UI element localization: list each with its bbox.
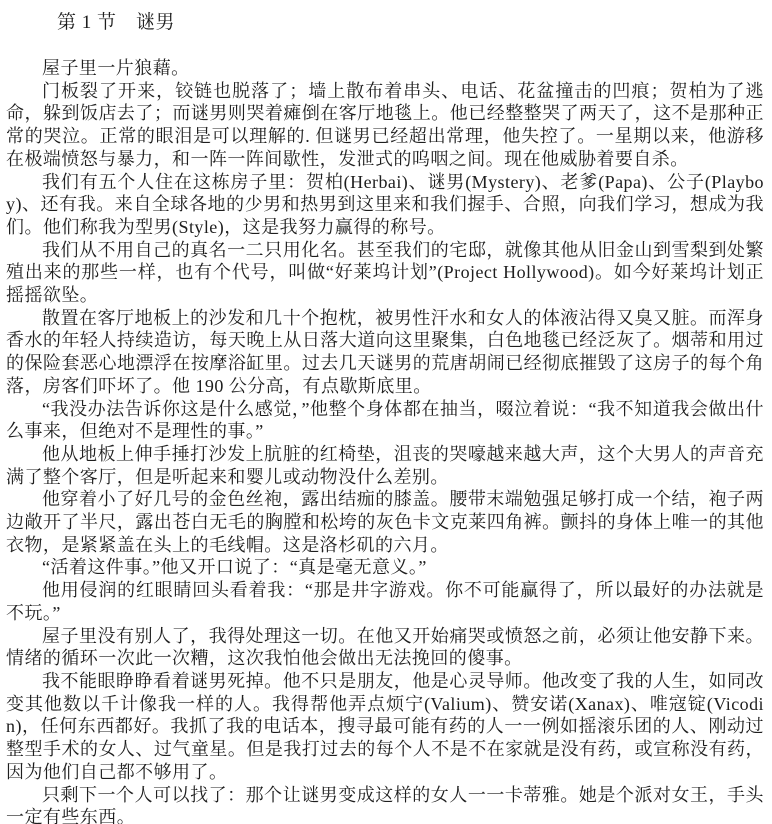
- paragraph: 我们从不用自己的真名一二只用化名。甚至我们的宅邸，就像其他从旧金山到雪梨到处繁殖…: [6, 239, 764, 307]
- document-page: 第 1 节 谜男 屋子里一片狼藉。 门板裂了开来，铰链也脱落了；墙上散布着串头、…: [0, 0, 772, 824]
- paragraph: 我们有五个人住在这栋房子里：贺柏(Herbai)、谜男(Mystery)、老爹(…: [6, 171, 764, 239]
- paragraph: “我没办法告诉你这是什么感觉，”他整个身体都在抽当，啜泣着说：“我不知道我会做出…: [6, 398, 764, 443]
- paragraph: 屋子里一片狼藉。: [6, 57, 764, 80]
- paragraph: 只剩下一个人可以找了：那个让谜男变成这样的女人一一卡蒂雅。她是个派对女王，手头一…: [6, 784, 764, 824]
- paragraph: 门板裂了开来，铰链也脱落了；墙上散布着串头、电话、花盆撞击的凹痕；贺柏为了逃命，…: [6, 80, 764, 171]
- paragraph: 我不能眼睁睁看着谜男死掉。他不只是朋友，他是心灵导师。他改变了我的人生，如同改变…: [6, 670, 764, 784]
- paragraph: 他穿着小了好几号的金色丝袍，露出结痂的膝盖。腰带末端勉强足够打成一个结，袍子两边…: [6, 488, 764, 556]
- paragraph: 他用侵润的红眼睛回头看着我：“那是井字游戏。你不可能赢得了，所以最好的办法就是不…: [6, 579, 764, 624]
- paragraph: 散置在客厅地板上的沙发和几十个抱枕，被男性汗水和女人的体液沾得又臭又脏。而浑身香…: [6, 307, 764, 398]
- paragraph: “活着这件事。”他又开口说了：“真是毫无意义。”: [6, 556, 764, 579]
- paragraph: 屋子里没有别人了，我得处理这一切。在他又开始痛哭或愤怒之前，必须让他安静下来。情…: [6, 625, 764, 670]
- paragraph: 他从地板上伸手捶打沙发上肮脏的红椅垫，沮丧的哭嚎越来越大声，这个大男人的声音充满…: [6, 443, 764, 488]
- section-title: 第 1 节 谜男: [6, 11, 764, 34]
